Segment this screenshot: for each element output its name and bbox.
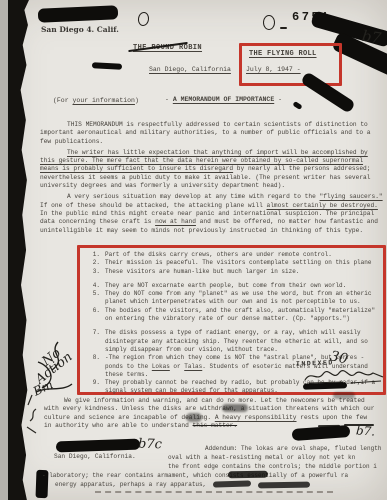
redaction-bar-bottom-left: [56, 439, 140, 453]
redaction-dot-mid-right: [292, 101, 302, 110]
for-your-information: (For your information): [53, 97, 139, 105]
city-line: San Diego, California: [149, 66, 231, 74]
date-line: July 8, 1947 -: [246, 66, 301, 74]
redaction-bar-bottom-right: [292, 425, 351, 441]
circle-mark-right: [263, 15, 275, 30]
b7-annotation-top: b7: [361, 27, 382, 47]
document-page: San Diego 4. Calif. 6751 b7 THE ROUND RO…: [0, 0, 387, 500]
addendum-line-2: oval with a heat-resisting metal or allo…: [168, 454, 355, 462]
list-item: 2.Their mission is peaceful. The visitor…: [86, 259, 378, 267]
addendum-redaction-3: [258, 482, 310, 489]
address-stamp: San Diego 4. Calif.: [41, 25, 119, 34]
list-item: 5.They do NOT come from any "planet" as …: [86, 290, 378, 307]
addendum-line-4: - laboratory; the rear contains armament…: [42, 472, 348, 480]
list-item: 4.They are NOT excarnate earth people, b…: [86, 282, 378, 290]
addendum-city: San Diego, California.: [54, 453, 136, 461]
stamp-smudge-1: [222, 404, 248, 412]
black-dash-left-of-city: [92, 62, 122, 70]
addendum-line-3: the front edge contains the controls; th…: [168, 463, 377, 471]
scan-edge-base: [0, 0, 9, 500]
bottom-dashed-line: [95, 491, 333, 493]
pen-flourish: [28, 340, 83, 400]
circle-mark-left: [137, 11, 150, 26]
paragraph-3: A very serious situation may develop at …: [40, 193, 385, 234]
underscore-mark: [280, 27, 287, 29]
b7c-annotation: b7c: [138, 437, 162, 453]
addendum-line-1: Addendum: The lokas are oval shape, flut…: [205, 445, 381, 453]
addendum-redaction-2: [213, 480, 251, 487]
margin-pen-marks: [24, 393, 42, 438]
memo-title: - A MEMORANDUM OF IMPORTANCE -: [165, 96, 282, 104]
paragraph-1: THIS MEMORANDUM is respectfully addresse…: [40, 121, 385, 146]
flying-roll-title: THE FLYING ROLL: [249, 50, 317, 58]
stamp-smudge-2: [186, 413, 202, 422]
list-item: 3.These visitors are human-like but much…: [86, 268, 378, 276]
list-item: 1.Part of the disks carry crews, others …: [86, 251, 378, 259]
redaction-bar-top-left: [38, 5, 119, 22]
indexed-overwrite-numeral: 30: [329, 348, 350, 367]
list-item: 6.The bodies of the visitors, and the cr…: [86, 307, 378, 324]
paragraph-2: The writer has little expectation that a…: [40, 149, 385, 190]
body-text-column: THIS MEMORANDUM is respectfully addresse…: [40, 121, 385, 238]
stamp-smudge-3: [333, 392, 355, 399]
addendum-line-5: energy apparatus, perhaps a ray apparatu…: [55, 481, 206, 489]
addendum-redaction-1: [228, 471, 268, 479]
b7-annotation-bottom: b7.: [356, 423, 376, 438]
